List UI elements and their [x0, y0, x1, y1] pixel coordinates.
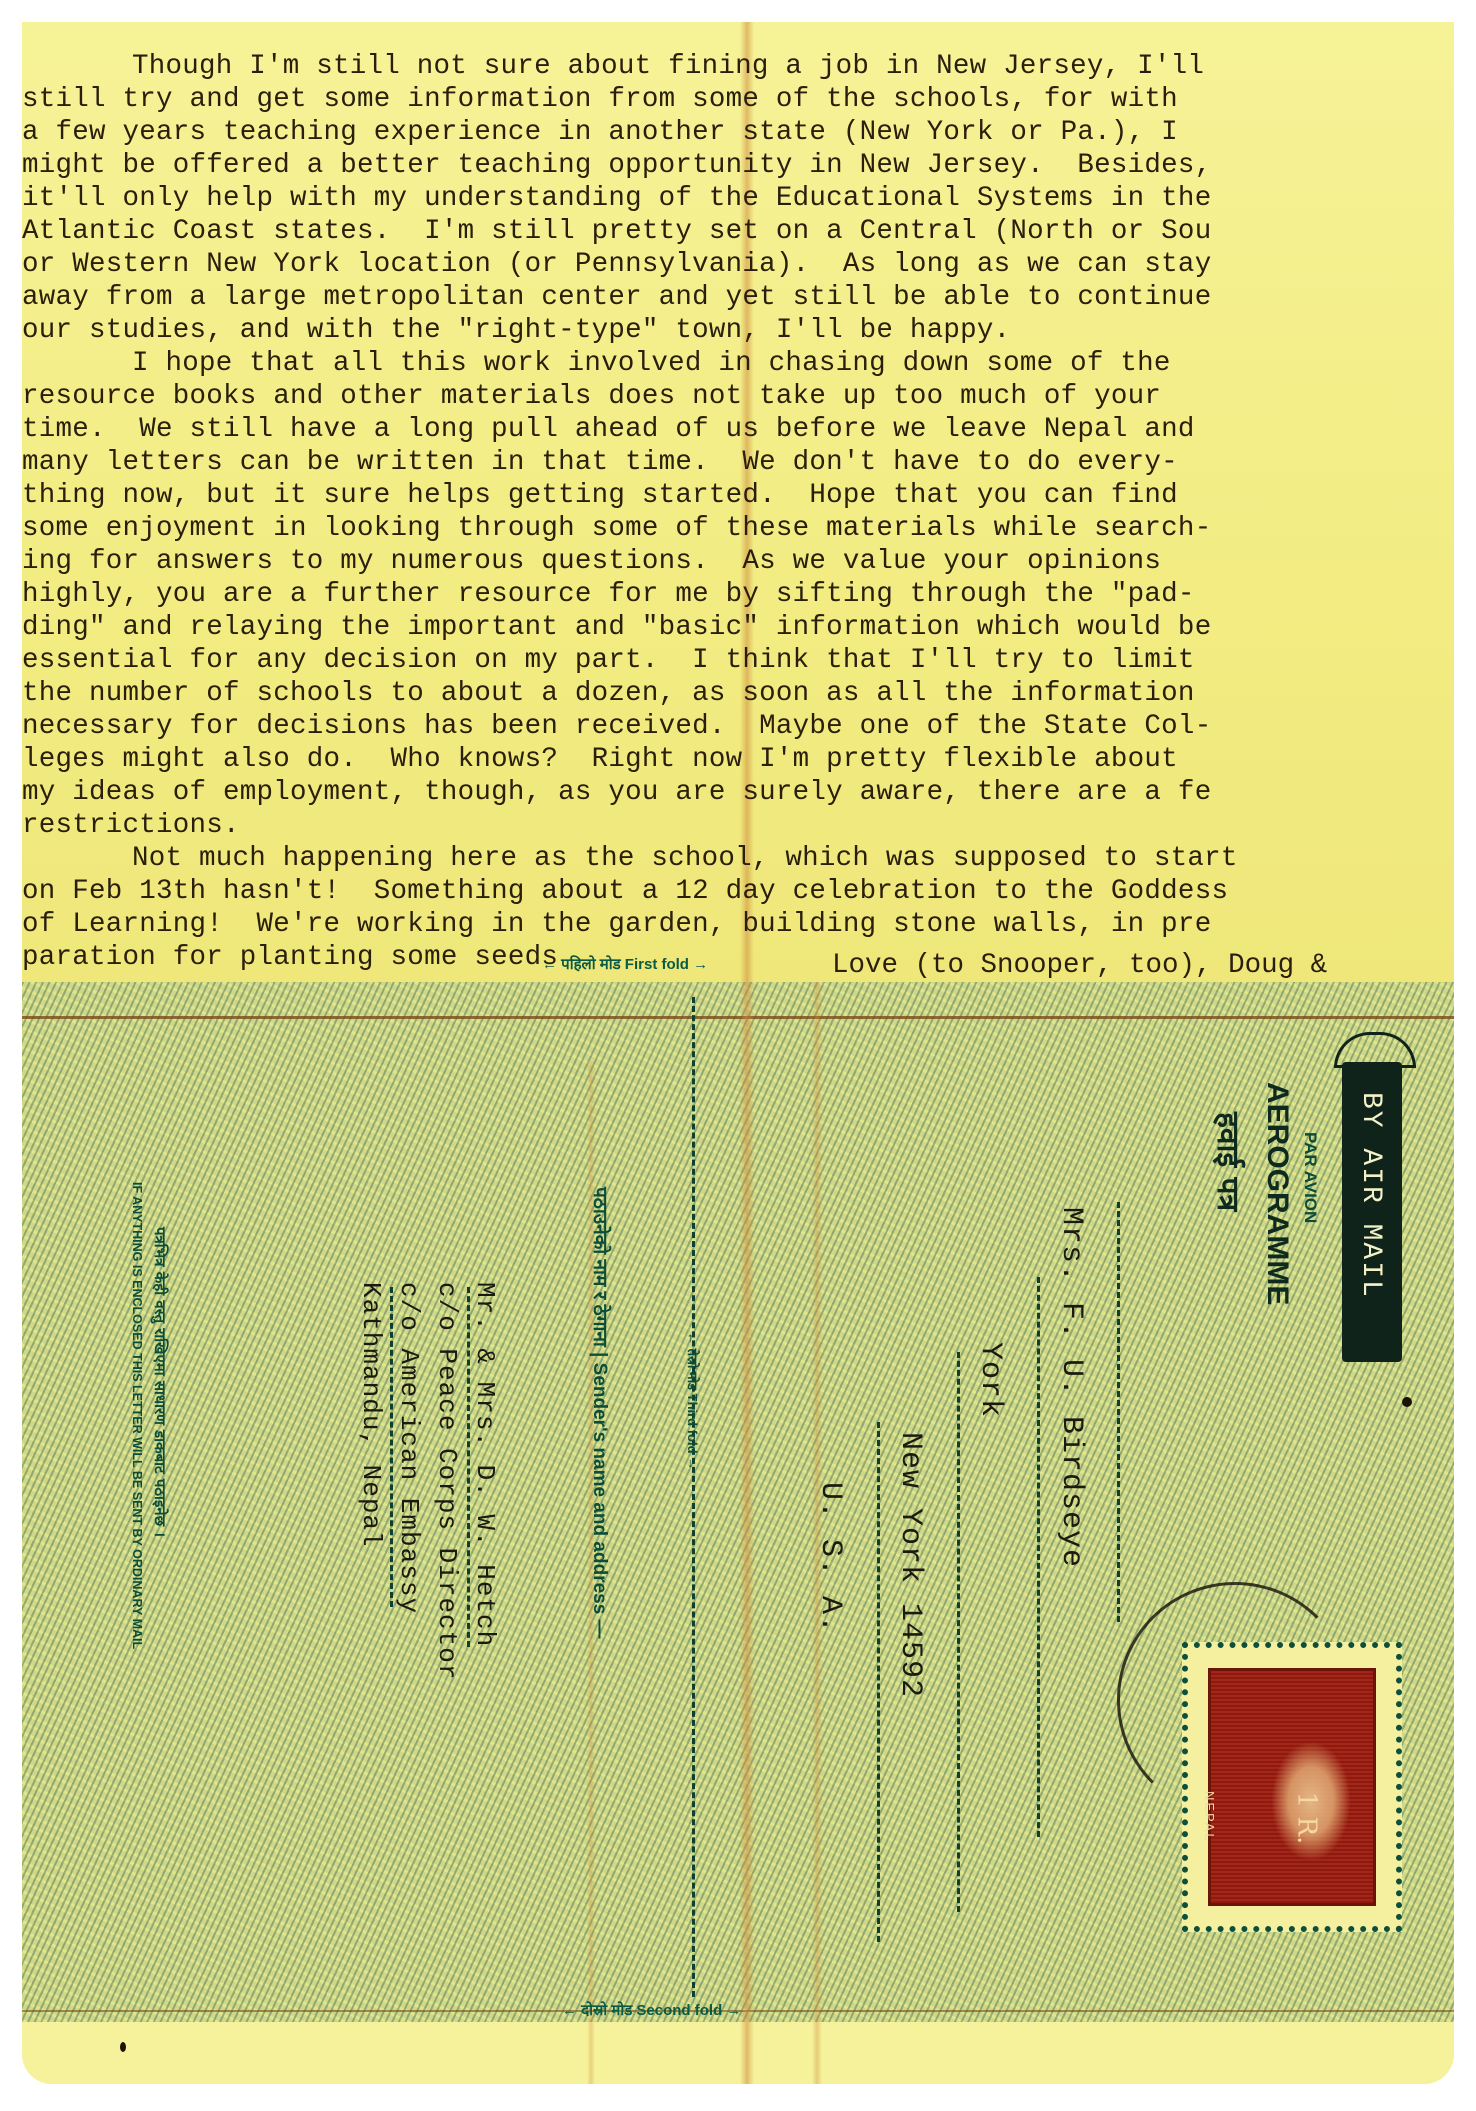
second-fold-label: ← दोस्रो मोड Second fold →: [562, 2000, 741, 2020]
recipient-city: York: [973, 1342, 1007, 1418]
par-avion-label: PAR AVION: [1300, 1132, 1320, 1223]
letter-line: ding" and relaying the important and "ba…: [22, 611, 1454, 644]
letter-line: still try and get some information from …: [22, 83, 1454, 116]
letter-line: ing for answers to my numerous questions…: [22, 545, 1454, 578]
letter-line: the number of schools to about a dozen, …: [22, 677, 1454, 710]
first-fold-crease: [22, 1016, 1454, 1019]
letter-line: necessary for decisions has been receive…: [22, 710, 1454, 743]
enclosure-notice-nepali: पत्रभित्र केही वस्तु राखिएमा साधारण डाकब…: [150, 1227, 170, 1537]
postage-stamp: NEPAL 1 R.: [1182, 1642, 1402, 1932]
sender-line-embassy: c/o American Embassy: [394, 1282, 424, 1614]
sender-line-peace-corps: c/o Peace Corps Director: [432, 1282, 462, 1680]
sender-line-2: [390, 1287, 393, 1607]
aerogramme-sheet: Though I'm still not sure about fining a…: [22, 22, 1454, 2084]
recipient-state-zip: New York 14592: [893, 1432, 927, 1698]
first-fold-label: ← पहिलो मोड First fold →: [542, 954, 708, 974]
sender-name: Mr. & Mrs. D. W. Hetch: [470, 1282, 500, 1647]
letter-line: or Western New York location (or Pennsyl…: [22, 248, 1454, 281]
letter-line: Though I'm still not sure about fining a…: [22, 50, 1454, 83]
letter-line: time. We still have a long pull ahead of…: [22, 413, 1454, 446]
by-air-mail-badge: BY AIR MAIL: [1342, 1062, 1402, 1362]
ink-spot: [120, 2042, 126, 2052]
letter-line: Atlantic Coast states. I'm still pretty …: [22, 215, 1454, 248]
aerogramme-title: AEROGRAMME: [1260, 1082, 1294, 1305]
letter-line: resource books and other materials does …: [22, 380, 1454, 413]
recipient-line-3: [957, 1352, 960, 1912]
recipient-name: Mrs. F. U. Birdseye: [1054, 1207, 1088, 1568]
letter-line: on Feb 13th hasn't! Something about a 12…: [22, 875, 1454, 908]
letter-line: restrictions.: [22, 809, 1454, 842]
letter-line: thing now, but it sure helps getting sta…: [22, 479, 1454, 512]
letter-signoff: Love (to Snooper, too), Doug &: [832, 950, 1327, 981]
air-mail-label: BY AIR MAIL: [1355, 1092, 1386, 1299]
letter-line: my ideas of employment, though, as you a…: [22, 776, 1454, 809]
letter-line: away from a large metropolitan center an…: [22, 281, 1454, 314]
letter-line: highly, you are a further resource for m…: [22, 578, 1454, 611]
letter-line: essential for any decision on my part. I…: [22, 644, 1454, 677]
letter-line: a few years teaching experience in anoth…: [22, 116, 1454, 149]
letter-line: many letters can be written in that time…: [22, 446, 1454, 479]
recipient-country: U. S. A.: [813, 1482, 847, 1634]
letter-line: Not much happening here as the school, w…: [22, 842, 1454, 875]
third-fold-dashed-line: [692, 997, 695, 1997]
recipient-line-1: [1117, 1202, 1120, 1622]
letter-line: it'll only help with my understanding of…: [22, 182, 1454, 215]
ink-spot: [1402, 1397, 1412, 1407]
letter-line: I hope that all this work involved in ch…: [22, 347, 1454, 380]
letter-line: our studies, and with the "right-type" t…: [22, 314, 1454, 347]
stamp-value: 1 R.: [1292, 1792, 1322, 1845]
letter-line: of Learning! We're working in the garden…: [22, 908, 1454, 941]
typed-letter-body: Though I'm still not sure about fining a…: [22, 50, 1454, 974]
letter-line: might be offered a better teaching oppor…: [22, 149, 1454, 182]
letter-line: some enjoyment in looking through some o…: [22, 512, 1454, 545]
stamp-design: NEPAL 1 R.: [1208, 1668, 1376, 1906]
aerogramme-title-nepali: हवाई पत्र: [1209, 1112, 1250, 1211]
enclosure-notice: IF ANYTHING IS ENCLOSED THIS LETTER WILL…: [130, 1182, 144, 1649]
letter-line: leges might also do. Who knows? Right no…: [22, 743, 1454, 776]
recipient-line-2: [1037, 1277, 1040, 1837]
stamp-country: NEPAL: [1202, 1791, 1217, 1843]
sender-city-country: Kathmandu, Nepal: [356, 1282, 386, 1548]
recipient-line-4: [877, 1422, 880, 1942]
bottom-flap: [22, 2022, 1454, 2084]
third-fold-label: ← तेस्रो मोड Third fold →: [684, 1332, 702, 1470]
sender-label: पठाउनेको नाम र ठेगाना | Sender's name an…: [588, 1187, 614, 1639]
